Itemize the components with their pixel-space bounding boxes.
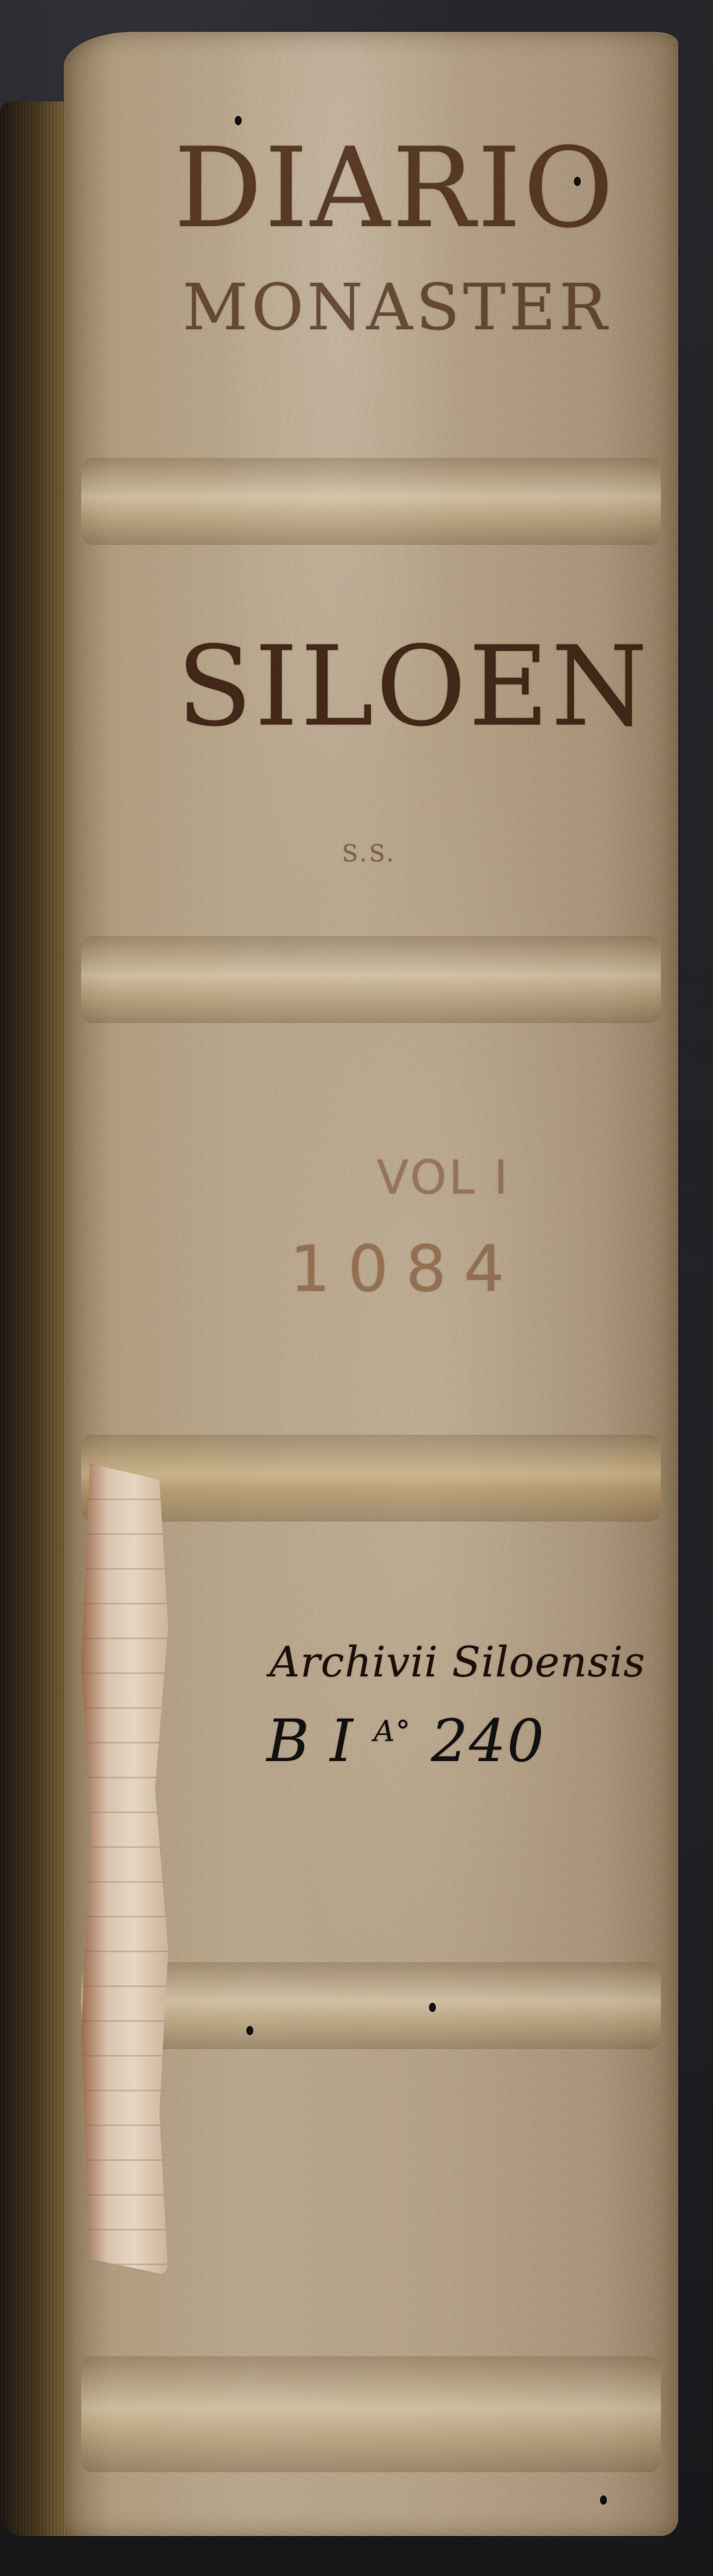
spine-title-line-3: SILOEN [177, 632, 650, 742]
raised-band [81, 1435, 661, 1522]
raised-band [81, 936, 661, 1023]
torn-vellum-exposed-paper [81, 1464, 168, 2275]
faded-volume-label: VOL I [377, 1151, 510, 1205]
shelfmark-superscript: A° [374, 1715, 412, 1748]
raised-band [81, 2356, 661, 2472]
wormhole [600, 2495, 607, 2505]
archive-label: Archivii Siloensis [270, 1638, 645, 1686]
faded-year: 1084 [290, 1232, 522, 1306]
wormhole [429, 2003, 436, 2012]
vellum-spine: DIARIO MONASTER SILOEN S.S. VOL I 1084 A… [64, 32, 678, 2536]
shelfmark-number: 240 [431, 1707, 545, 1775]
spine-title-line-1: DIARIO [174, 133, 616, 243]
raised-band [81, 458, 661, 545]
shelfmark: B I A° 240 [267, 1707, 545, 1775]
raised-band [81, 1962, 661, 2049]
shelfmark-prefix: B I [267, 1707, 354, 1775]
spine-title-line-4: S.S. [342, 841, 396, 867]
book: DIARIO MONASTER SILOEN S.S. VOL I 1084 A… [0, 32, 690, 2548]
spine-title-line-2: MONASTER [183, 275, 610, 339]
wormhole [246, 2026, 253, 2035]
